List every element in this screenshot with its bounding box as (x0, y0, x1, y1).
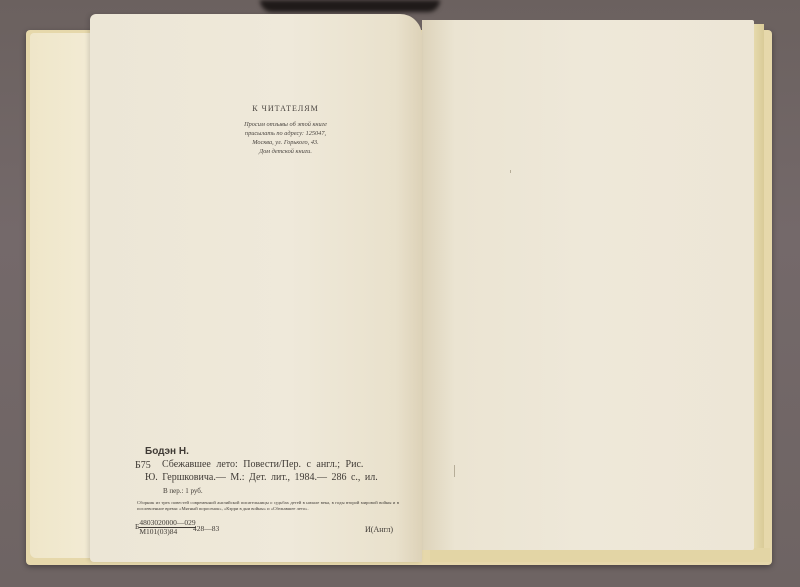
reader-note: К ЧИТАТЕЛЯМ Просим отзывы об этой книге … (228, 104, 343, 156)
reader-note-line: Дом детской книги. (228, 147, 343, 156)
bbk-index: Б75 (135, 460, 151, 471)
annotation: Сборник из трех повестей современной анг… (137, 500, 399, 512)
paper-speck (454, 465, 455, 477)
description-line-2: Ю. Гершковича.— М.: Дет. лит., 1984.— 28… (145, 472, 378, 483)
description-line-1: Сбежавшее лето: Повести/Пер. с англ.; Ри… (162, 459, 363, 470)
language-mark: И(Англ) (365, 525, 393, 534)
reader-note-line: Просим отзывы об этой книге (228, 120, 343, 129)
price: В пер.: 1 руб. (163, 487, 203, 495)
paper-speck (510, 170, 511, 173)
reader-note-line: присылать по адресу: 125047, (228, 129, 343, 138)
code-fraction: 4803020000—029М101(03)84 (139, 519, 195, 536)
bottom-page-edge (430, 548, 770, 562)
desk-shadow (260, 0, 440, 12)
code-denominator: М101(03)84 (139, 528, 195, 536)
right-page (422, 20, 754, 550)
classification-code: Б4803020000—029М101(03)84 (135, 519, 196, 536)
reader-note-line: Москва, ул. Горького, 43. (228, 138, 343, 147)
code-suffix: 428—83 (193, 524, 219, 533)
reader-note-title: К ЧИТАТЕЛЯМ (228, 104, 343, 113)
author: Бодэн Н. (145, 446, 189, 457)
